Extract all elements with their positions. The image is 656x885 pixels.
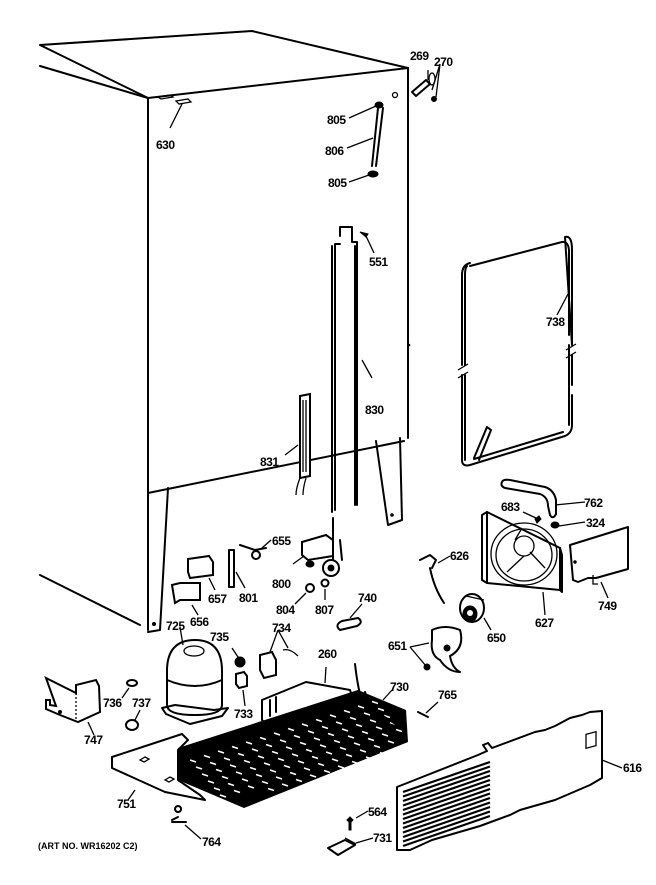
label-651: 651 xyxy=(388,639,407,653)
label-657: 657 xyxy=(208,592,227,606)
art-number-caption: (ART NO. WR16202 C2) xyxy=(38,841,138,851)
label-324: 324 xyxy=(586,516,605,530)
part-655-clip xyxy=(240,540,271,559)
part-740-clip xyxy=(337,604,362,630)
part-626-thermostat xyxy=(420,555,450,603)
part-656-bracket xyxy=(172,583,200,615)
part-650-motor xyxy=(460,594,491,630)
label-735: 735 xyxy=(210,630,229,644)
label-749: 749 xyxy=(598,599,617,613)
label-751: 751 xyxy=(117,797,136,811)
part-269-270-latch xyxy=(412,64,440,102)
part-804-nut xyxy=(295,584,314,604)
part-805-806-rod xyxy=(347,102,383,182)
label-805-lower: 805 xyxy=(328,176,347,190)
part-683-screw xyxy=(523,512,541,523)
part-651-fan-blade xyxy=(410,627,461,672)
label-806: 806 xyxy=(325,144,344,158)
part-738-gasket xyxy=(458,237,576,466)
part-747-cover xyxy=(46,678,100,735)
part-764-clip xyxy=(172,806,201,839)
label-683: 683 xyxy=(501,500,520,514)
label-831: 831 xyxy=(260,455,279,469)
part-324-grommet xyxy=(551,522,585,528)
label-738: 738 xyxy=(546,315,565,329)
part-733-relay xyxy=(236,672,247,706)
label-747: 747 xyxy=(84,733,103,747)
label-650: 650 xyxy=(487,631,506,645)
part-551-screw xyxy=(360,232,374,253)
part-801-tube xyxy=(229,550,245,588)
label-764: 764 xyxy=(202,835,221,849)
part-800-valve xyxy=(293,518,342,576)
label-734: 734 xyxy=(272,621,291,635)
label-655: 655 xyxy=(272,534,291,548)
label-730: 730 xyxy=(390,680,409,694)
label-830: 830 xyxy=(365,403,384,417)
part-749-cover xyxy=(570,527,628,598)
label-736: 736 xyxy=(103,696,122,710)
label-270: 270 xyxy=(434,55,453,69)
label-731: 731 xyxy=(373,831,392,845)
part-807-nut xyxy=(322,580,329,601)
label-737: 737 xyxy=(132,696,151,710)
label-564: 564 xyxy=(368,805,387,819)
part-765-clip xyxy=(418,702,438,717)
label-740: 740 xyxy=(358,591,377,605)
part-734-overload xyxy=(260,630,298,678)
label-627: 627 xyxy=(535,616,554,630)
label-805-upper: 805 xyxy=(327,113,346,127)
part-831-heater xyxy=(285,394,310,495)
part-737-grommet xyxy=(126,710,140,730)
label-269: 269 xyxy=(410,49,429,63)
part-630-clips xyxy=(158,95,191,128)
part-731-bracket xyxy=(328,838,373,855)
label-616: 616 xyxy=(623,761,642,775)
part-730-condenser xyxy=(178,664,408,808)
label-551: 551 xyxy=(369,255,388,269)
part-627-fan-bracket xyxy=(482,512,562,615)
label-800: 800 xyxy=(272,577,291,591)
label-762: 762 xyxy=(584,496,603,510)
label-733: 733 xyxy=(234,707,253,721)
label-630: 630 xyxy=(156,138,175,152)
label-807: 807 xyxy=(315,603,334,617)
part-830-channel xyxy=(332,227,372,512)
label-801: 801 xyxy=(239,591,258,605)
part-564-screw xyxy=(347,811,368,830)
part-616-cover xyxy=(397,711,622,850)
parts-diagram: 269 270 630 805 806 805 551 738 830 831 … xyxy=(0,0,656,885)
label-260: 260 xyxy=(318,647,337,661)
label-626: 626 xyxy=(450,549,469,563)
part-735-grommet xyxy=(232,648,245,667)
label-765: 765 xyxy=(438,688,457,702)
label-656: 656 xyxy=(190,615,209,629)
label-804: 804 xyxy=(276,603,295,617)
label-725: 725 xyxy=(166,619,185,633)
